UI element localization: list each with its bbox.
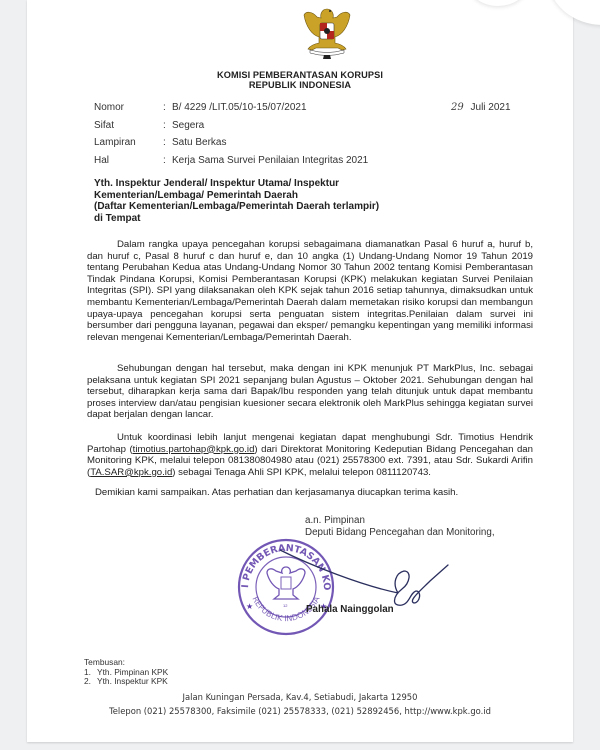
paragraph-text: Dalam rangka upaya pencegahan korupsi se… <box>87 239 533 343</box>
meta-label: Sifat <box>94 120 163 138</box>
cc-item: 2. Yth. Inspektur KPK <box>84 677 168 687</box>
date-day-handwritten: 29 <box>451 102 464 113</box>
body-paragraph-3: Untuk koordinasi lebih lanjut mengenai k… <box>87 432 533 478</box>
letter-date: 29 Juli 2021 <box>451 102 511 113</box>
cc-num: 2. <box>84 677 97 687</box>
body-paragraph-1: Dalam rangka upaya pencegahan korupsi se… <box>87 239 533 343</box>
meta-label: Hal <box>94 155 163 173</box>
meta-sep: : <box>163 155 172 173</box>
signature-line-1: a.n. Pimpinan <box>305 515 495 527</box>
meta-row-sifat: Sifat : Segera <box>94 120 368 138</box>
paragraph-text: Sehubungan dengan hal tersebut, maka den… <box>87 363 533 421</box>
addressee-line: di Tempat <box>94 213 379 225</box>
cc-text: Yth. Inspektur KPK <box>97 677 168 687</box>
org-country: REPUBLIK INDONESIA <box>0 80 600 90</box>
addressee-line: Kementerian/Lembaga/ Pemerintah Daerah <box>94 190 379 202</box>
meta-value: Kerja Sama Survei Penilaian Integritas 2… <box>172 155 368 173</box>
handwritten-signature-icon <box>280 545 450 610</box>
email-link-timotius[interactable]: timotius.partohap@kpk.go.id <box>133 444 255 455</box>
text-segment: ) sebagai Tenaga Ahli SPI KPK, melalui t… <box>172 467 431 478</box>
date-month-year: Juli 2021 <box>471 102 511 113</box>
meta-row-nomor: Nomor : B/ 4229 /LIT.05/10-15/07/2021 <box>94 102 368 120</box>
meta-sep: : <box>163 102 172 120</box>
meta-row-lampiran: Lampiran : Satu Berkas <box>94 137 368 155</box>
signer-name: Pahala Nainggolan <box>306 604 394 615</box>
paragraph-text: Demikian kami sampaikan. Atas perhatian … <box>87 487 533 499</box>
addressee-line: Yth. Inspektur Jenderal/ Inspektur Utama… <box>94 178 379 190</box>
meta-row-hal: Hal : Kerja Sama Survei Penilaian Integr… <box>94 155 368 173</box>
meta-sep: : <box>163 137 172 155</box>
garuda-emblem-icon <box>302 3 352 67</box>
body-paragraph-4: Demikian kami sampaikan. Atas perhatian … <box>87 487 533 499</box>
email-link-sukardi[interactable]: TA.SAR@kpk.go.id <box>90 467 172 478</box>
meta-label: Nomor <box>94 102 163 120</box>
svg-text:★: ★ <box>246 602 253 611</box>
meta-sep: : <box>163 120 172 138</box>
footer-contact: Telepon (021) 25578300, Faksimile (021) … <box>0 706 600 716</box>
signature-block: a.n. Pimpinan Deputi Bidang Pencegahan d… <box>305 515 495 539</box>
addressee-block: Yth. Inspektur Jenderal/ Inspektur Utama… <box>94 178 379 224</box>
meta-value: B/ 4229 /LIT.05/10-15/07/2021 <box>172 102 307 120</box>
body-paragraph-2: Sehubungan dengan hal tersebut, maka den… <box>87 363 533 421</box>
meta-value: Segera <box>172 120 204 138</box>
footer-address: Jalan Kuningan Persada, Kav.4, Setiabudi… <box>0 692 600 702</box>
org-name: KOMISI PEMBERANTASAN KORUPSI <box>0 70 600 80</box>
carbon-copy-list: Tembusan: 1. Yth. Pimpinan KPK 2. Yth. I… <box>84 658 168 687</box>
meta-label: Lampiran <box>94 137 163 155</box>
letter-meta: Nomor : B/ 4229 /LIT.05/10-15/07/2021 Si… <box>94 102 368 172</box>
meta-value: Satu Berkas <box>172 137 226 155</box>
paragraph-text: Untuk koordinasi lebih lanjut mengenai k… <box>87 432 533 478</box>
addressee-line: (Daftar Kementerian/Lembaga/Pemerintah D… <box>94 201 379 213</box>
